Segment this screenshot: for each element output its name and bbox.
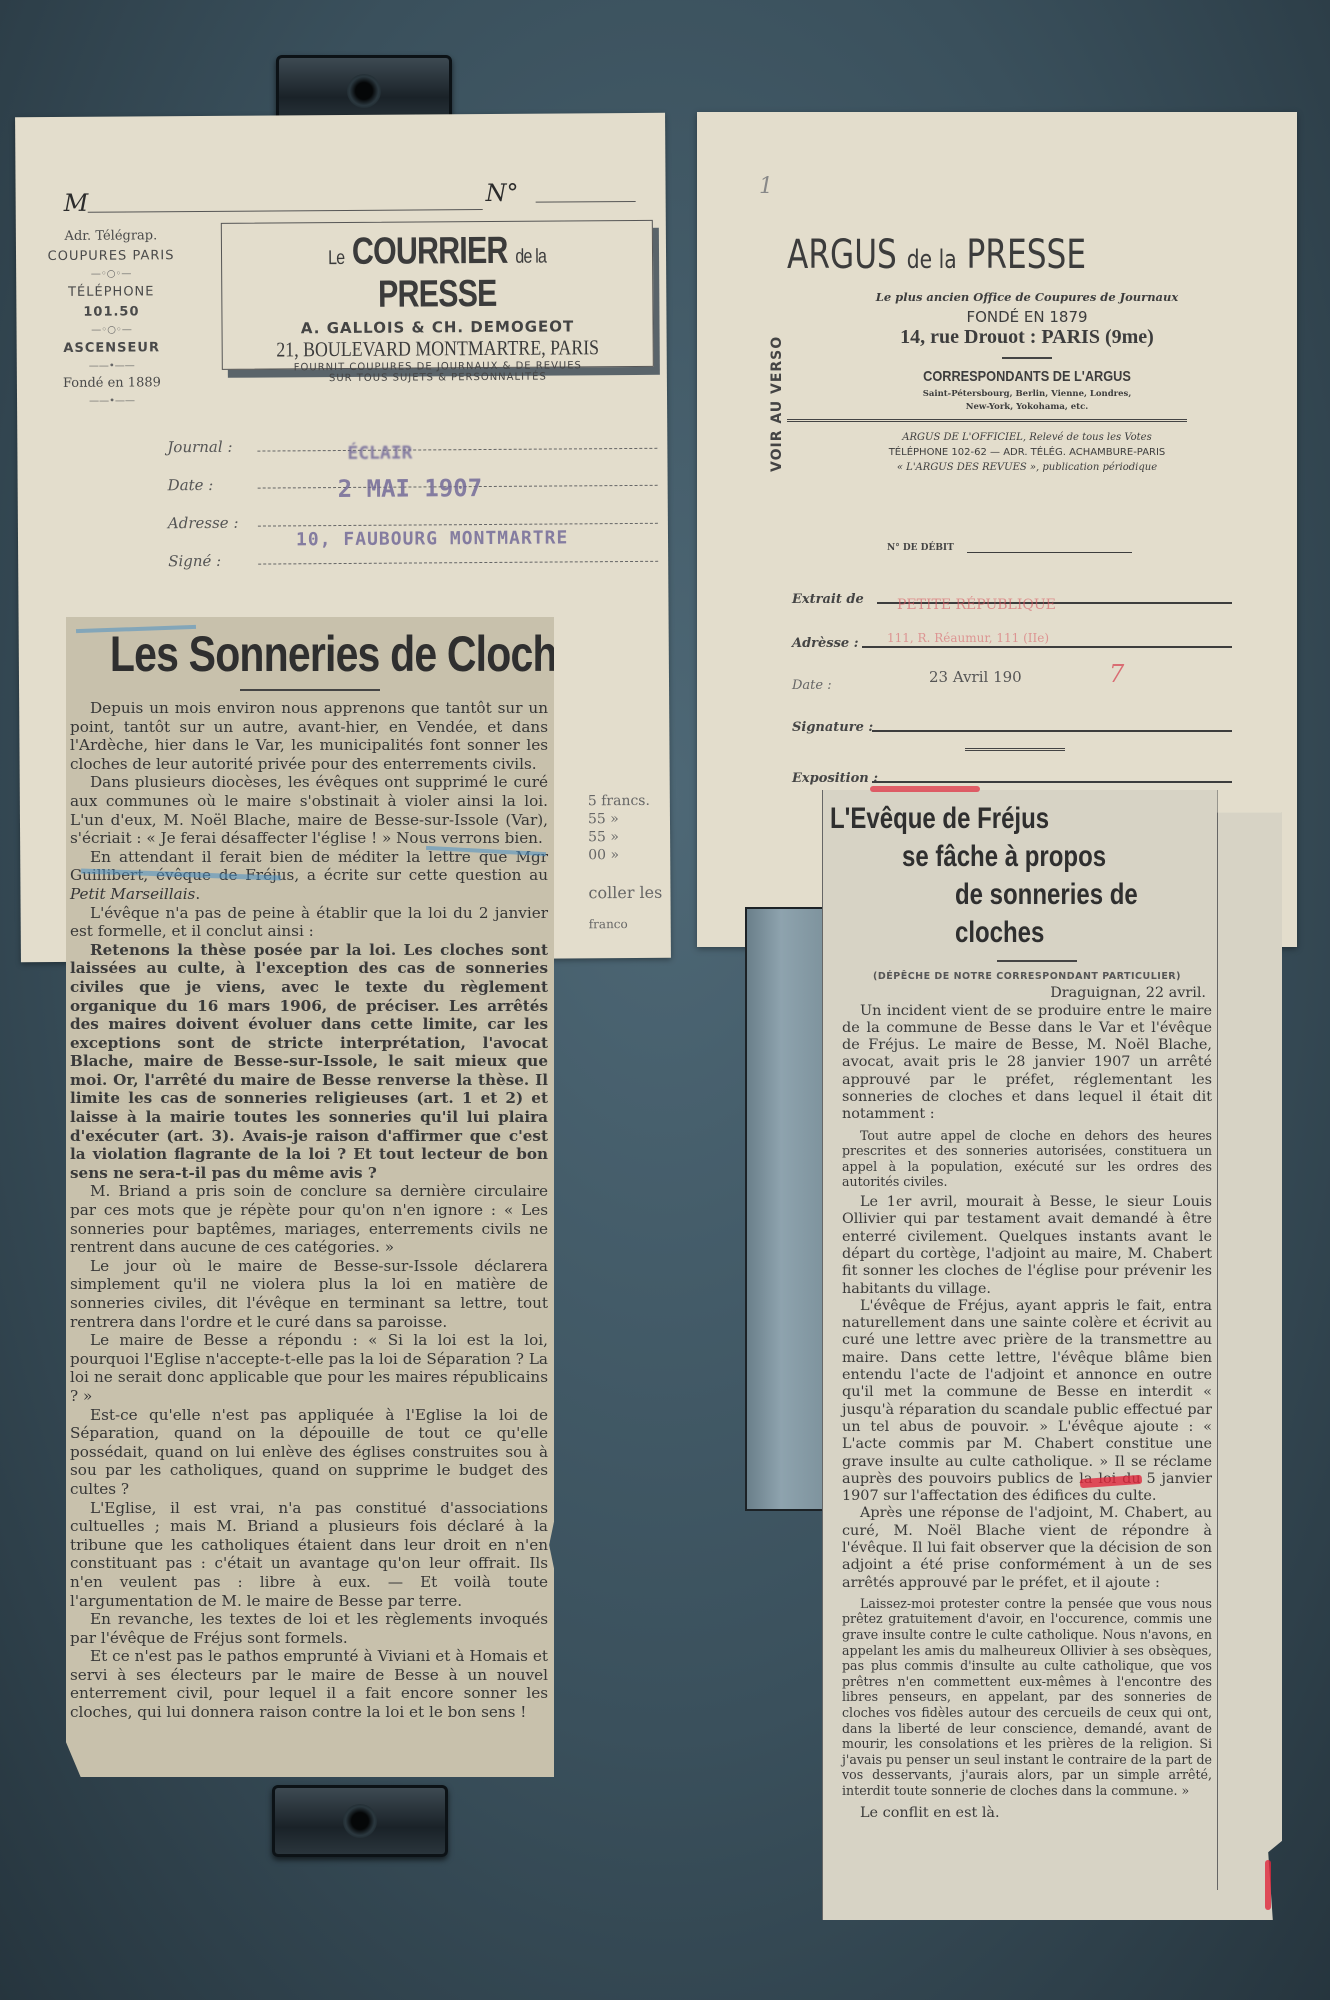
official-line: ARGUS DE L'OFFICIEL, Relevé de tous les … [817, 432, 1237, 443]
side-text: 55 » [588, 829, 619, 845]
tagline: Le plus ancien Office de Coupures de Jou… [817, 290, 1237, 304]
field-line [862, 646, 1232, 648]
side-text: franco [589, 917, 628, 931]
article-title: Les Sonneries de Cloches [110, 625, 510, 683]
red-pencil-mark [870, 786, 980, 792]
field-signed-label: Signé : [168, 552, 221, 570]
headline: L'Evêque de Fréjus se fâche à propos de … [822, 790, 1282, 952]
date-stamp: 23 Avril 190 [929, 668, 1022, 686]
rivet-icon [343, 1804, 377, 1838]
headline-line: de sonneries de cloches [955, 876, 1217, 952]
title-end: PRESSE [378, 273, 497, 316]
paragraph: Après une réponse de l'adjoint, M. Chabe… [842, 1505, 1212, 1591]
founded: FONDÉ EN 1879 [817, 308, 1237, 326]
paragraph: M. Briand a pris soin de conclure sa der… [70, 1182, 548, 1256]
ornament-icon: —◦○◦— [46, 266, 176, 282]
contact-column: Adr. Télégrap. COUPURES PARIS —◦○◦— TÉLÉ… [46, 226, 177, 410]
paragraph: L'évêque de Fréjus, ayant appris le fait… [842, 1298, 1212, 1506]
field-date-label: Date : [792, 678, 832, 693]
field-line [872, 781, 1232, 783]
headline-line: L'Evêque de Fréjus [830, 800, 1192, 838]
field-journal-label: Journal : [167, 438, 232, 456]
correspondents-cities: Saint-Pétersbourg, Berlin, Vienne, Londr… [817, 389, 1237, 399]
newspaper-stamp: PETITE RÉPUBLIQUE [897, 597, 1056, 613]
title-pre: Le [328, 247, 344, 269]
paragraph: Le conflit en est là. [842, 1805, 1212, 1822]
telegraph-label: Adr. Télégrap. [46, 226, 176, 247]
double-rule [787, 419, 1187, 422]
description-line-2: SUR TOUS SUJETS & PERSONNALITÉS [223, 371, 653, 385]
italic-newspaper-name: Petit Marseillais [70, 885, 195, 903]
ornament-icon: —◦○◦— [46, 322, 176, 338]
masthead-title: Le COURRIER de la PRESSE [265, 229, 610, 317]
ornament-icon: ——•—— [47, 358, 177, 374]
article-body: (DÉPÊCHE DE NOTRE CORRESPONDANT PARTICUL… [822, 968, 1282, 1822]
side-text: 55 » [588, 811, 619, 827]
paragraph: Un incident vient de se produire entre l… [842, 1003, 1212, 1124]
address: 21, BOULEVARD MONTMARTRE, PARIS [255, 335, 621, 363]
clipping-eveque-de-frejus: L'Evêque de Fréjus se fâche à propos de … [822, 790, 1282, 1920]
see-reverse-stamp: VOIR AU VERSO [769, 336, 785, 472]
dateline: Draguignan, 22 avril. [842, 985, 1212, 1002]
paragraph: Dans plusieurs diocèses, les évêques ont… [70, 773, 548, 847]
field-extract-label: Extrait de [792, 592, 864, 607]
telegraph-value: COUPURES PARIS [46, 246, 176, 267]
decree-quote: Tout autre appel de cloche en dehors des… [842, 1128, 1212, 1190]
column-rule [1217, 790, 1218, 1890]
paragraph: Le maire de Besse a répondu : « Si la lo… [70, 1331, 548, 1405]
date-handwritten-digit: 7 [1109, 660, 1124, 688]
revues-line: « L'ARGUS DES REVUES », publication péri… [817, 462, 1237, 473]
field-line [258, 561, 658, 565]
clipping-les-sonneries-de-cloches: Les Sonneries de Cloches Depuis un mois … [66, 617, 554, 1777]
correspondents-cities: New-York, Yokohama, etc. [817, 402, 1237, 412]
number-line [536, 201, 636, 203]
elevator-label: ASCENSEUR [47, 338, 177, 359]
field-address-label: Adresse : [168, 514, 239, 532]
divider [965, 748, 1065, 751]
column-rule [822, 790, 823, 1920]
address: 14, rue Drouot : PARIS (9me) [817, 326, 1237, 349]
side-text: coller les [588, 883, 662, 903]
paragraph: Depuis un mois environ nous apprenons qu… [70, 699, 548, 773]
m-line [88, 209, 483, 213]
title-mid: de la [515, 246, 546, 268]
paragraph: Et ce n'est pas le pathos emprunté à Viv… [70, 1647, 548, 1721]
address-stamp: 111, R. Réaumur, 111 (IIe) [887, 631, 1049, 645]
masthead-title: ARGUS de la PRESSE [787, 232, 1086, 278]
founded-label: Fondé en 1889 [47, 373, 177, 394]
field-line [872, 730, 1232, 732]
debit-line [967, 552, 1132, 553]
paragraph: Le jour où le maire de Besse-sur-Issole … [70, 1257, 548, 1331]
side-text: 00 » [588, 847, 619, 863]
field-line [257, 448, 657, 452]
field-date-label: Date : [168, 476, 214, 494]
mayor-letter-quote: Laissez-moi protester contre la pensée q… [842, 1596, 1212, 1799]
field-signature-label: Signature : [792, 720, 873, 735]
journal-stamp: ÉCLAIR [347, 443, 412, 464]
title-end: PRESSE [967, 232, 1087, 278]
phone-value: 101.50 [46, 302, 176, 323]
address-stamp: 10, FAUBOURG MONTMARTRE [296, 527, 568, 550]
metal-strip [745, 907, 834, 1511]
divider [1002, 357, 1052, 359]
paragraph: Le 1er avril, mourait à Besse, le sieur … [842, 1194, 1212, 1298]
quoted-letter: Retenons la thèse posée par la loi. Les … [70, 941, 548, 1183]
dispatch-label: (DÉPÊCHE DE NOTRE CORRESPONDANT PARTICUL… [842, 968, 1212, 985]
paragraph: L'évêque n'a pas de peine à établir que … [70, 904, 548, 941]
headline-line: se fâche à propos [902, 838, 1206, 876]
rivet-icon [347, 74, 381, 108]
phone-label: TÉLÉPHONE [46, 282, 176, 303]
phone-line: TÉLÉPHONE 102-62 — ADR. TÉLÉG. ACHAMBURE… [817, 447, 1237, 458]
title-rule [240, 689, 380, 691]
date-stamp: 2 MAI 1907 [338, 474, 483, 503]
paragraph: En revanche, les textes de loi et les rè… [70, 1610, 548, 1647]
masthead-box: Le COURRIER de la PRESSE A. GALLOIS & CH… [221, 220, 654, 370]
field-exposition-label: Exposition : [792, 771, 878, 786]
red-pencil-mark [1265, 1860, 1271, 1910]
side-text: 5 francs. [588, 793, 650, 809]
m-label: M [64, 189, 89, 217]
title-main: ARGUS [787, 232, 897, 278]
title-main: COURRIER [352, 230, 508, 273]
ornament-icon: ——•—— [47, 393, 177, 409]
field-address-label: Adrèsse : [792, 636, 859, 651]
pencil-mark: 1 [759, 174, 773, 199]
title-mid: de la [907, 245, 957, 275]
correspondents-heading: CORRESPONDANTS DE L'ARGUS [849, 368, 1206, 385]
field-line [258, 523, 658, 527]
paragraph: L'Eglise, il est vrai, n'a pas constitué… [70, 1499, 548, 1611]
debit-label: N° DE DÉBIT [887, 543, 954, 553]
paragraph: Est-ce qu'elle n'est pas appliquée à l'E… [70, 1406, 548, 1499]
title-rule [997, 960, 1077, 962]
binder-clip-bottom [272, 1785, 448, 1857]
number-label: N° [486, 179, 519, 207]
